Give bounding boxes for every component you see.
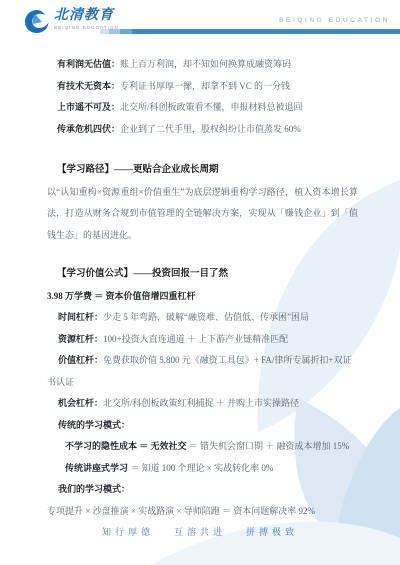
traditional-line-rest: ＝ 错失机会窗口期 ＋ 融资成本增加 15% bbox=[187, 441, 350, 451]
pain-point-label: 有技术无资本： bbox=[57, 81, 120, 91]
traditional-mode-line: 不学习的隐性成本 ＝ 无效社交 ＝ 错失机会窗口期 ＋ 融资成本增加 15% bbox=[65, 436, 400, 458]
lever-label: 时间杠杆： bbox=[58, 312, 103, 322]
section-heading-suffix: ——更贴合企业成长周期 bbox=[114, 165, 219, 175]
lever-line: 资源杠杆：100+投资人直连通道 ＋ 上下游产业链精准匹配 bbox=[47, 329, 358, 351]
lever-text: 100+投资人直连通道 ＋ 上下游产业链精准匹配 bbox=[103, 334, 288, 344]
lever-label: 资源杠杆： bbox=[58, 334, 103, 344]
our-mode-line: 专项提升 × 沙盘推演 × 实战路演 × 导师陪跑 ＝ 资本问题解决率 92% bbox=[47, 501, 400, 523]
pain-point-label: 上市遥不可及： bbox=[57, 102, 120, 112]
pain-point-text: 专利证书厚厚一摞，却拿不到 VC 的一分钱 bbox=[120, 81, 290, 91]
lever-text: 少走 5 年弯路，破解“融资难、估值低、传承困”困局 bbox=[103, 312, 309, 322]
lever-label: 价值杠杆： bbox=[58, 355, 103, 365]
slogan-phrase: 互溶共进 bbox=[174, 525, 226, 538]
pain-point-line: 有利润无估值：账上百万利润，却不知如何换算成融资筹码 bbox=[57, 54, 400, 76]
section-heading: 【学习路径】——更贴合企业成长周期 bbox=[57, 160, 400, 182]
section-learning-modes: 传统的学习模式： 不学习的隐性成本 ＝ 无效社交 ＝ 错失机会窗口期 ＋ 融资成… bbox=[0, 415, 400, 523]
logo-cn-text: 北清教育 bbox=[54, 9, 119, 23]
lever-text: 北交所/科创板政策红利捕捉 ＋ 并购上市实操路径 bbox=[103, 398, 299, 408]
page-header: 北清教育 BEIQING EDUCATION BEIQING EDUCATION bbox=[0, 0, 400, 42]
section-heading: 【学习价值公式】——投资回报一目了然 bbox=[57, 264, 400, 286]
document-body: 有利润无估值：账上百万利润，却不知如何换算成融资筹码 有技术无资本：专利证书厚厚… bbox=[0, 54, 400, 522]
pain-point-text: 北交所/科创板政策看不懂，申报材料总被退回 bbox=[120, 102, 303, 112]
our-mode-heading: 我们的学习模式： bbox=[58, 479, 400, 501]
footer-slogan: 知行厚德 互溶共进 拼搏极致 bbox=[0, 525, 400, 538]
pain-point-line: 上市遥不可及：北交所/科创板政策看不懂，申报材料总被退回 bbox=[57, 97, 400, 119]
traditional-line-rest: ＝ 知道 100 个理论 × 实战转化率 0% bbox=[128, 463, 273, 473]
lever-label: 机会杠杆： bbox=[58, 398, 103, 408]
pain-points-list: 有利润无估值：账上百万利润，却不知如何换算成融资筹码 有技术无资本：专利证书厚厚… bbox=[0, 54, 400, 140]
pain-point-text: 企业到了二代手里，股权纠纷让市值蒸发 60% bbox=[120, 124, 301, 134]
lever-line: 时间杠杆：少走 5 年弯路，破解“融资难、估值低、传承困”困局 bbox=[47, 307, 358, 329]
pain-point-label: 有利润无估值： bbox=[57, 59, 120, 69]
section-value-formula: 【学习价值公式】——投资回报一目了然 3.98 万学费 ＝ 资本价值倍增四重杠杆… bbox=[0, 264, 400, 415]
header-divider-bar bbox=[100, 29, 400, 34]
tuition-formula-line: 3.98 万学费 ＝ 资本价值倍增四重杠杆 bbox=[47, 286, 400, 308]
pain-point-line: 有技术无资本：专利证书厚厚一摞，却拿不到 VC 的一分钱 bbox=[57, 76, 400, 98]
pain-point-line: 传承危机四伏：企业到了二代手里，股权纠纷让市值蒸发 60% bbox=[57, 119, 400, 141]
section-heading-bracket: 【学习路径】 bbox=[57, 165, 114, 175]
slogan-phrase: 知行厚德 bbox=[102, 525, 154, 538]
section-heading-bracket: 【学习价值公式】 bbox=[57, 269, 133, 279]
logo-swoosh-icon bbox=[24, 9, 50, 34]
traditional-line-bold: 不学习的隐性成本 ＝ 无效社交 bbox=[65, 441, 187, 451]
lever-line: 价值杠杆：免费获取价值 5,800 元《融资工具包》+ FA/律所专属折扣+双证… bbox=[47, 350, 358, 393]
traditional-mode-line: 传统讲座式学习 ＝ 知道 100 个理论 × 实战转化率 0% bbox=[65, 458, 400, 480]
section-paragraph: 以“认知重构×资源重组×价值重生”为底层逻辑重构学习路径，植入资本增长算法，打造… bbox=[47, 182, 358, 247]
traditional-mode-heading: 传统的学习模式： bbox=[58, 415, 400, 437]
lever-line: 机会杠杆：北交所/科创板政策红利捕捉 ＋ 并购上市实操路径 bbox=[47, 393, 358, 415]
section-learning-path: 【学习路径】——更贴合企业成长周期 以“认知重构×资源重组×价值重生”为底层逻辑… bbox=[0, 160, 400, 246]
header-right-text: BEIQING EDUCATION bbox=[279, 17, 390, 24]
logo-text-block: 北清教育 BEIQING EDUCATION bbox=[54, 9, 119, 30]
traditional-line-bold: 传统讲座式学习 bbox=[65, 463, 128, 473]
pain-point-label: 传承危机四伏： bbox=[57, 124, 120, 134]
section-heading-suffix: ——投资回报一目了然 bbox=[133, 269, 228, 279]
slogan-phrase: 拼搏极致 bbox=[246, 525, 298, 538]
pain-point-text: 账上百万利润，却不知如何换算成融资筹码 bbox=[120, 59, 291, 69]
